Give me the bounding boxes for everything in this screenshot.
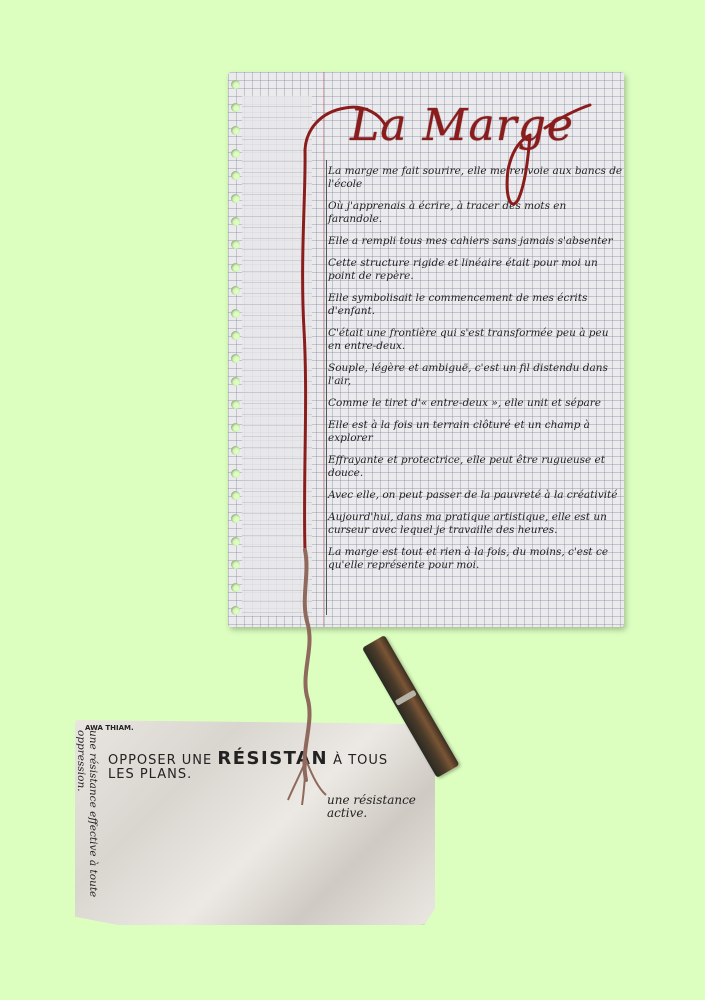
underlying-sheet (242, 96, 312, 616)
binding-hole (231, 537, 240, 546)
binding-hole (231, 446, 240, 455)
binding-hole (231, 217, 240, 226)
poem-line: Cette structure rigide et linéaire était… (328, 257, 623, 283)
binding-hole (231, 263, 240, 272)
headline-line2: LES PLANS. (108, 767, 192, 782)
headline-part: OPPOSER UNE (108, 753, 217, 768)
binding-hole (231, 286, 240, 295)
binding-hole (231, 583, 240, 592)
binding-hole (231, 80, 240, 89)
binding-hole (231, 309, 240, 318)
binding-hole (231, 171, 240, 180)
binding-hole (231, 354, 240, 363)
text-border-line (326, 160, 327, 615)
note-side-text: une résistance active. (327, 794, 435, 820)
poem-line: Avec elle, on peut passer de la pauvreté… (328, 489, 623, 502)
binding-hole (231, 103, 240, 112)
binding-hole (231, 240, 240, 249)
spiral-binding (228, 80, 242, 615)
crumpled-note: AWA THIAM. une résistance effective à to… (75, 720, 435, 925)
binding-hole (231, 491, 240, 500)
poem-line: Comme le tiret d'« entre-deux », elle un… (328, 397, 623, 410)
binding-hole (231, 194, 240, 203)
title-la-marge: La Marge (350, 100, 580, 160)
poem-line: Où j'apprenais à écrire, à tracer des mo… (328, 200, 623, 226)
headline-part: À TOUS (328, 753, 388, 768)
vertical-handwriting: une résistance effective à toute oppress… (75, 730, 99, 930)
clothespin-spring (395, 690, 417, 706)
poem-line: Elle a rempli tous mes cahiers sans jama… (328, 235, 623, 248)
poem-line: Elle est à la fois un terrain clôturé et… (328, 419, 623, 445)
handwritten-poem: La marge me fait sourire, elle me renvoi… (328, 165, 623, 581)
binding-hole (231, 469, 240, 478)
poem-line: C'était une frontière qui s'est transfor… (328, 327, 623, 353)
binding-hole (231, 514, 240, 523)
poem-line: Aujourd'hui, dans ma pratique artistique… (328, 511, 623, 537)
poem-line: La marge est tout et rien à la fois, du … (328, 546, 623, 572)
binding-hole (231, 606, 240, 615)
binding-hole (231, 149, 240, 158)
binding-hole (231, 331, 240, 340)
poem-line: Effrayante et protectrice, elle peut êtr… (328, 454, 623, 480)
poem-line: Souple, légère et ambiguë, c'est un fil … (328, 362, 623, 388)
binding-hole (231, 377, 240, 386)
headline-emphasis: RÉSISTAN (217, 748, 328, 769)
poem-line: La marge me fait sourire, elle me renvoi… (328, 165, 623, 191)
binding-hole (231, 560, 240, 569)
margin-line (323, 72, 324, 627)
binding-hole (231, 126, 240, 135)
binding-hole (231, 400, 240, 409)
poem-line: Elle symbolisait le commencement de mes … (328, 292, 623, 318)
note-headline: OPPOSER UNE RÉSISTAN À TOUS LES PLANS. (108, 752, 428, 782)
binding-hole (231, 423, 240, 432)
